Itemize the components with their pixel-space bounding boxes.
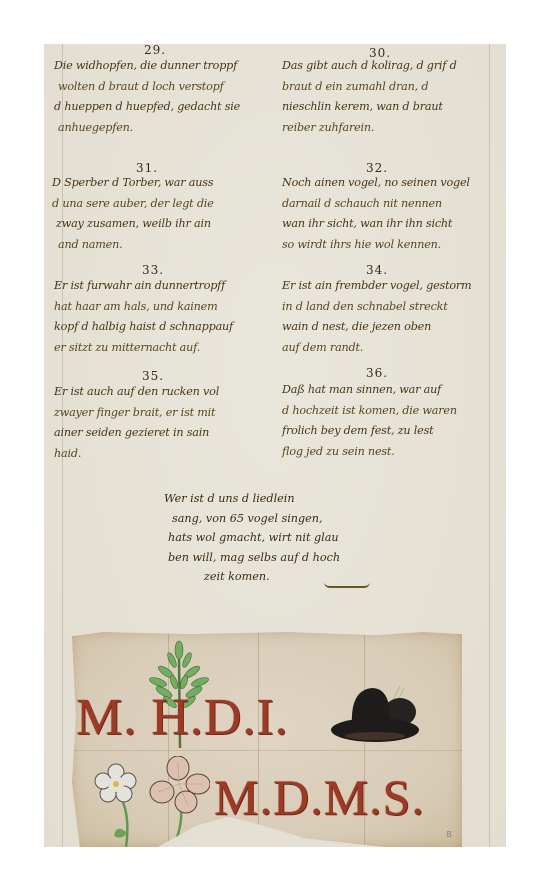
verse-line: nieschlin kerem, wan d braut [282, 97, 502, 118]
verse-line: d una sere auber, der legt die [52, 194, 272, 215]
pen-flourish [324, 582, 370, 588]
verse-line: D Sperber d Torber, war auss [52, 173, 272, 194]
verse-number: 29. [144, 43, 166, 57]
verse-line: Er ist auch auf den rucken vol [54, 382, 274, 403]
verse-line: wain d nest, die jezen oben [282, 317, 502, 338]
verse-line: wolten d braut d loch verstopf [54, 77, 274, 98]
verse-line: ainer seiden gezieret in sain [54, 423, 274, 444]
verse-line: hat haar am hals, und kainem [54, 297, 274, 318]
corner-mark: B [447, 830, 453, 839]
verse-33: Er ist furwahr ain dunnertropff hat haar… [54, 276, 274, 358]
verse-line: Er ist furwahr ain dunnertropff [54, 276, 274, 297]
verse-line: braut d ein zumahl dran, d [282, 77, 502, 98]
verse-32: Noch ainen vogel, no seinen vogel darnai… [282, 173, 502, 255]
white-flower-icon [92, 762, 142, 847]
closing-line: zeit komen. [164, 567, 424, 587]
verse-line: zway zusamen, weilb ihr ain [52, 214, 272, 235]
verse-number: 33. [142, 263, 164, 277]
verse-line: flog jed zu sein nest. [282, 442, 502, 463]
verse-line: d hueppen d huepfed, gedacht sie [54, 97, 274, 118]
verse-line: anhuegepfen. [54, 118, 274, 139]
verse-line: Das gibt auch d kolirag, d grif d [282, 56, 502, 77]
closing-line: Wer ist d uns d liedlein [164, 489, 424, 509]
verse-number: 35. [142, 369, 164, 383]
closing-line: sang, von 65 vogel singen, [164, 509, 424, 529]
verse-line: haid. [54, 444, 274, 465]
closing-stanza: Wer ist d uns d liedlein sang, von 65 vo… [164, 489, 424, 587]
feathered-hat-icon [330, 676, 420, 744]
verse-line: so wirdt ihrs hie wol kennen. [282, 235, 502, 256]
verse-31: D Sperber d Torber, war auss d una sere … [52, 173, 272, 255]
manuscript-page: 29. Die widhopfen, die dunner troppf wol… [44, 44, 506, 847]
verse-line: Daß hat man sinnen, war auf [282, 380, 502, 401]
fold-line [72, 750, 462, 751]
verse-line: and namen. [52, 235, 272, 256]
verse-number: 36. [366, 366, 388, 380]
verse-line: Er ist ain frembder vogel, gestorm [282, 276, 502, 297]
verse-line: er sitzt zu mitternacht auf. [54, 338, 274, 359]
verse-30: Das gibt auch d kolirag, d grif d braut … [282, 56, 502, 138]
verse-line: in d land den schnabel streckt [282, 297, 502, 318]
verse-36: Daß hat man sinnen, war auf d hochzeit i… [282, 380, 502, 462]
verse-number: 34. [366, 263, 388, 277]
initials-row-2: M.D.M.S. [214, 772, 425, 822]
verse-line: darnail d schauch nit nennen [282, 194, 502, 215]
pink-flower-icon [148, 756, 210, 846]
illuminated-fragment: M. H.D.I. [72, 632, 462, 847]
verse-line: Noch ainen vogel, no seinen vogel [282, 173, 502, 194]
verse-35: Er ist auch auf den rucken vol zwayer fi… [54, 382, 274, 464]
verse-line: frolich bey dem fest, zu lest [282, 421, 502, 442]
verse-34: Er ist ain frembder vogel, gestorm in d … [282, 276, 502, 358]
verse-line: zwayer finger brait, er ist mit [54, 403, 274, 424]
verse-line: auf dem randt. [282, 338, 502, 359]
closing-line: ben will, mag selbs auf d hoch [164, 548, 424, 568]
verse-line: kopf d halbig haist d schnappauf [54, 317, 274, 338]
initials-row-1: M. H.D.I. [76, 692, 289, 744]
closing-line: hats wol gmacht, wirt nit glau [164, 528, 424, 548]
verse-line: Die widhopfen, die dunner troppf [54, 56, 274, 77]
verse-line: reiber zuhfarein. [282, 118, 502, 139]
verse-line: d hochzeit ist komen, die waren [282, 401, 502, 422]
verse-29: Die widhopfen, die dunner troppf wolten … [54, 56, 274, 138]
verse-line: wan ihr sicht, wan ihr ihn sicht [282, 214, 502, 235]
